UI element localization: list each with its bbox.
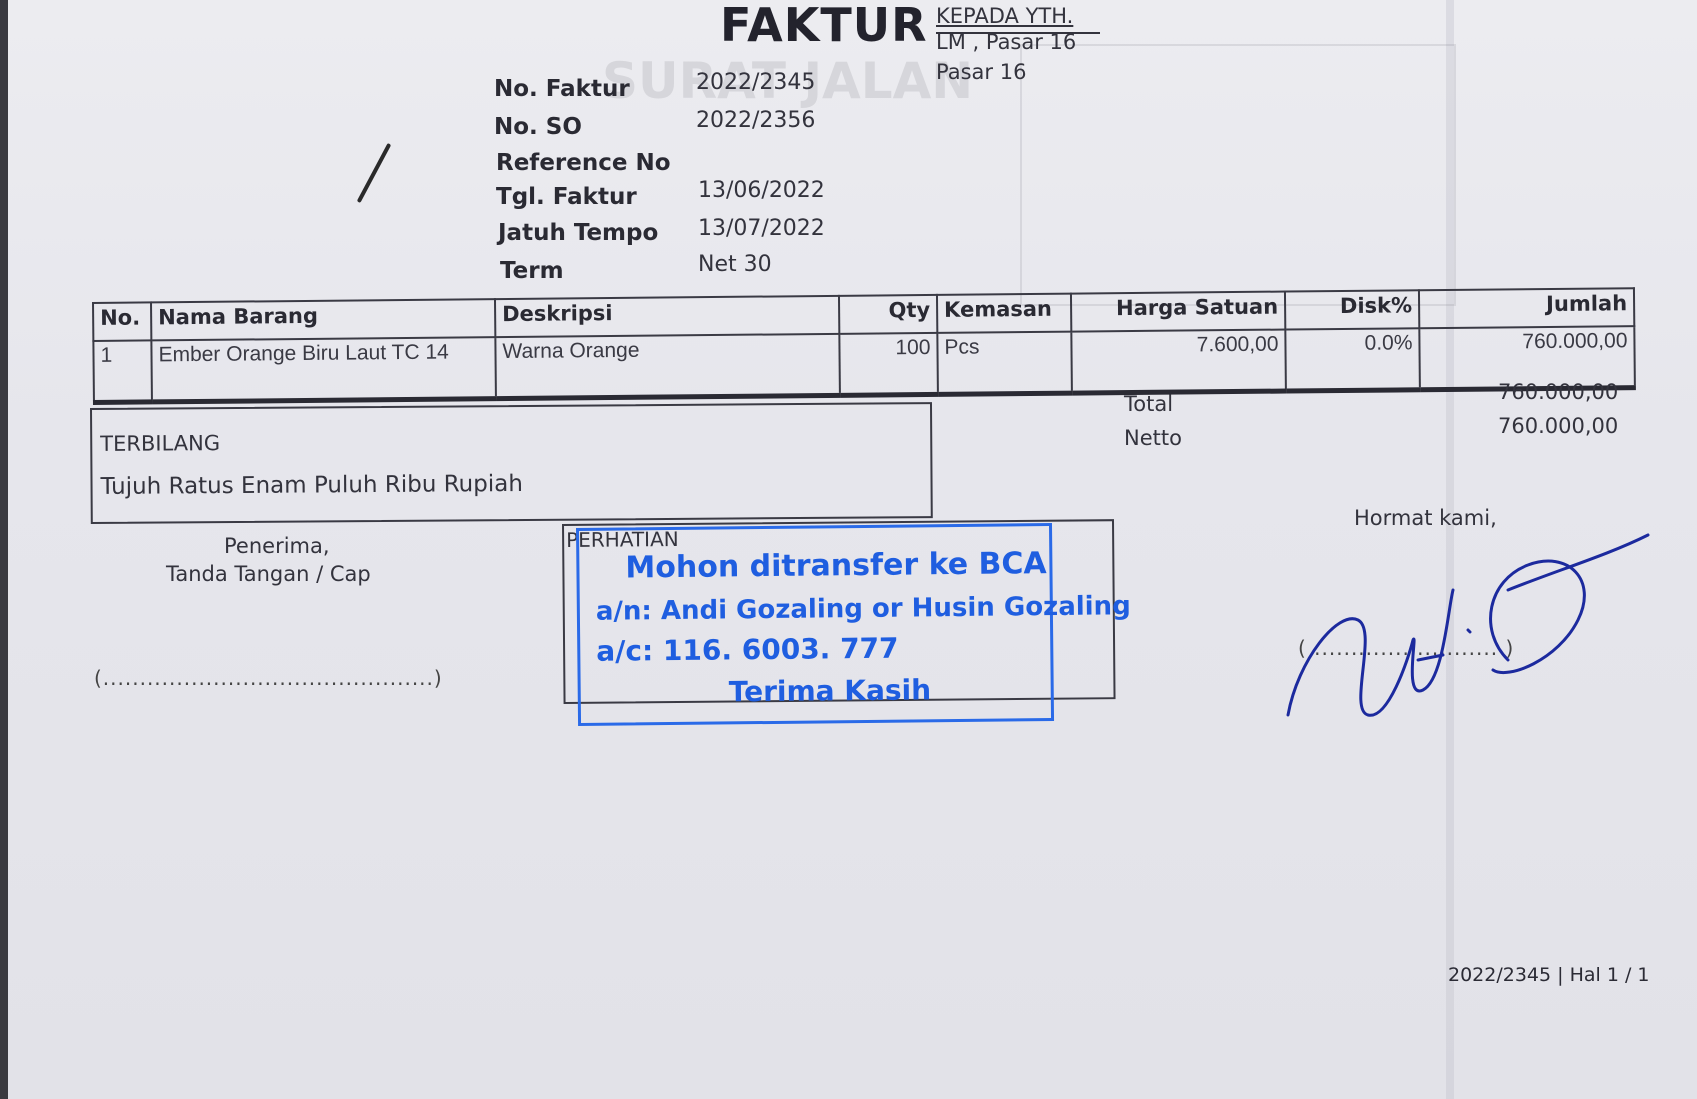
col-header-no: No. bbox=[93, 302, 151, 341]
payment-stamp: Mohon ditransfer ke BCA a/n: Andi Gozali… bbox=[576, 523, 1054, 726]
netto-value: 760.000,00 bbox=[1498, 414, 1618, 438]
footer-page-ref: 2022/2345 | Hal 1 / 1 bbox=[1448, 964, 1650, 986]
stamp-line2: a/n: Andi Gozaling or Husin Gozaling bbox=[596, 591, 1131, 627]
meta-label: Term bbox=[500, 258, 564, 284]
cell-deskripsi: Warna Orange bbox=[495, 334, 840, 399]
col-header-deskripsi: Deskripsi bbox=[495, 296, 839, 337]
recipient-heading: KEPADA YTH. bbox=[936, 4, 1073, 28]
meta-label: No. Faktur bbox=[494, 76, 630, 102]
scan-edge bbox=[0, 0, 8, 1099]
meta-value: 13/06/2022 bbox=[698, 178, 825, 203]
meta-label: No. SO bbox=[494, 114, 582, 140]
meta-label: Reference No bbox=[496, 150, 671, 176]
col-header-kemasan: Kemasan bbox=[937, 294, 1071, 333]
total-label: Total bbox=[1124, 392, 1173, 416]
cell-qty: 100 bbox=[839, 333, 938, 395]
col-header-nama-barang: Nama Barang bbox=[151, 299, 495, 340]
cell-disk: 0.0% bbox=[1285, 328, 1420, 391]
total-value: 760.000,00 bbox=[1498, 380, 1618, 404]
terbilang-box: TERBILANG Tujuh Ratus Enam Puluh Ribu Ru… bbox=[90, 402, 933, 524]
col-header-harga-satuan: Harga Satuan bbox=[1071, 292, 1285, 332]
terbilang-text: Tujuh Ratus Enam Puluh Ribu Rupiah bbox=[100, 471, 522, 500]
col-header-qty: Qty bbox=[839, 295, 937, 334]
cell-no: 1 bbox=[93, 340, 152, 402]
col-header-jumlah: Jumlah bbox=[1419, 288, 1634, 328]
document-title: FAKTUR bbox=[720, 0, 928, 52]
meta-value: 13/07/2022 bbox=[698, 216, 825, 241]
meta-value: 2022/2356 bbox=[696, 108, 815, 133]
cell-nama-barang: Ember Orange Biru Laut TC 14 bbox=[151, 337, 496, 402]
col-header-disk: Disk% bbox=[1285, 290, 1419, 329]
meta-value: 2022/2345 bbox=[696, 70, 815, 95]
items-table: No. Nama Barang Deskripsi Qty Kemasan Ha… bbox=[92, 287, 1636, 405]
netto-label: Netto bbox=[1124, 426, 1182, 450]
cell-kemasan: Pcs bbox=[937, 332, 1072, 395]
staple-mark bbox=[357, 143, 392, 203]
meta-label: Tgl. Faktur bbox=[496, 184, 637, 210]
recipient-line2: Pasar 16 bbox=[936, 60, 1026, 84]
recipient-line1: LM , Pasar 16 bbox=[936, 30, 1076, 54]
receiver-line2: Tanda Tangan / Cap bbox=[166, 562, 371, 586]
meta-label: Jatuh Tempo bbox=[498, 220, 658, 246]
invoice-paper: SURAT JALAN FAKTUR KEPADA YTH. LM , Pasa… bbox=[8, 0, 1697, 1099]
receiver-sign-line: (.......................................… bbox=[94, 666, 443, 690]
signature-icon bbox=[1278, 520, 1658, 730]
meta-value: Net 30 bbox=[698, 252, 772, 277]
stamp-line1: Mohon ditransfer ke BCA bbox=[625, 546, 1047, 585]
ghost-box bbox=[1020, 44, 1456, 306]
terbilang-label: TERBILANG bbox=[100, 431, 220, 456]
stamp-line3: a/c: 116. 6003. 777 bbox=[596, 632, 899, 668]
stamp-line4: Terima Kasih bbox=[729, 673, 932, 708]
cell-harga-satuan: 7.600,00 bbox=[1071, 330, 1286, 394]
receiver-line1: Penerima, bbox=[224, 534, 330, 558]
